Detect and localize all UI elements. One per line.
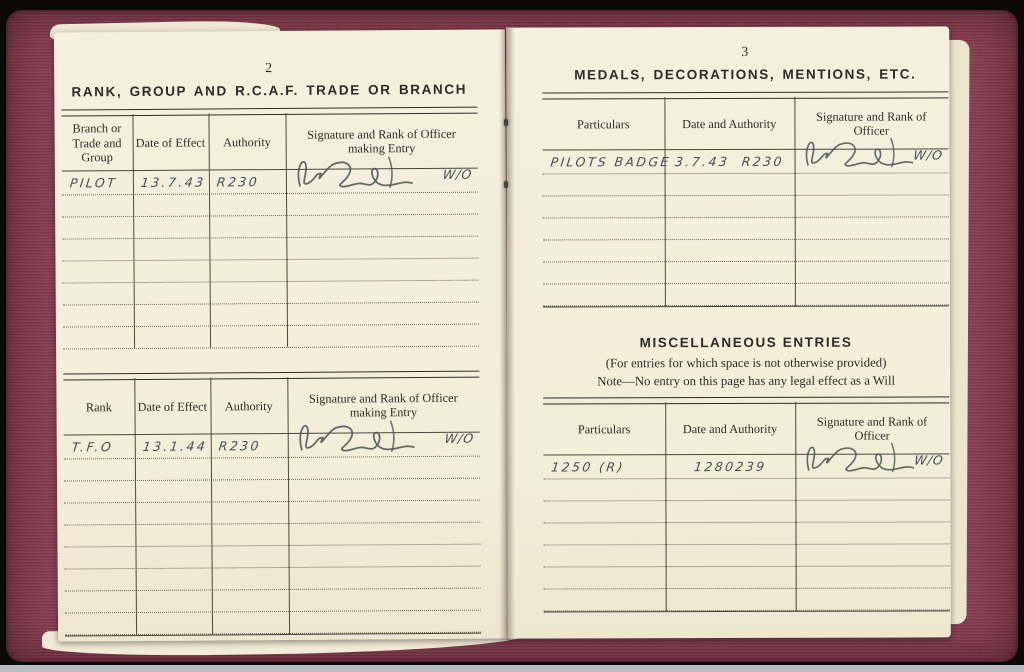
empty-entry-row bbox=[64, 479, 480, 504]
entry-date-authority: 3.7.43 R230 bbox=[663, 150, 796, 173]
empty-entry-row bbox=[62, 259, 478, 284]
entry-authority: R230 bbox=[738, 154, 786, 173]
empty-entry-row bbox=[543, 239, 949, 262]
scanner-edge bbox=[0, 665, 1024, 672]
entry-row: T.F.O 13.1.44 R230 W/O bbox=[64, 433, 480, 460]
entry-signature: W/O bbox=[794, 149, 948, 172]
empty-entry-row bbox=[64, 457, 480, 482]
entry-signature: W/O bbox=[286, 169, 478, 193]
empty-entry-row bbox=[544, 588, 950, 611]
empty-entry-row bbox=[543, 217, 949, 240]
rank-trade-table: Branch or Trade and Group Date of Effect… bbox=[61, 107, 479, 350]
entry-date: 13.7.43 bbox=[131, 170, 210, 194]
table-bottom-rule bbox=[543, 305, 949, 307]
col-header-date-authority: Date and Authority bbox=[665, 417, 795, 442]
empty-entry-row bbox=[62, 215, 478, 240]
empty-entry-row bbox=[543, 261, 949, 284]
officer-signature bbox=[290, 149, 440, 194]
misc-heading: MISCELLANEOUS ENTRIES bbox=[543, 334, 949, 350]
empty-entry-row bbox=[62, 193, 478, 218]
empty-entry-row bbox=[63, 325, 479, 350]
officer-rank: W/O bbox=[441, 167, 472, 182]
page-3: 3 MEDALS, DECORATIONS, MENTIONS, ETC. Pa… bbox=[506, 26, 951, 638]
empty-rows bbox=[64, 457, 481, 636]
entry-row: 1250 (R) 1280239 W/O bbox=[543, 454, 949, 479]
rank-table: Rank Date of Effect Authority Signature … bbox=[63, 371, 481, 637]
page-number: 3 bbox=[542, 44, 948, 61]
empty-entry-row bbox=[543, 522, 949, 545]
empty-entry-row bbox=[63, 303, 479, 328]
officer-rank: W/O bbox=[443, 431, 474, 446]
entry-signature: W/O bbox=[795, 454, 949, 477]
col-header-date-authority: Date and Authority bbox=[664, 112, 794, 137]
entry-authority: R230 bbox=[209, 434, 289, 458]
col-header-rank: Rank bbox=[63, 395, 134, 420]
empty-entry-row bbox=[64, 501, 480, 526]
empty-entry-row bbox=[544, 566, 950, 589]
col-header-particulars: Particulars bbox=[543, 417, 665, 442]
page-title: MEDALS, DECORATIONS, MENTIONS, ETC. bbox=[542, 66, 948, 82]
entry-signature: W/O bbox=[287, 433, 479, 457]
entry-date: 13.1.44 bbox=[133, 434, 212, 458]
col-header-particulars: Particulars bbox=[542, 112, 664, 137]
empty-entry-row bbox=[65, 589, 481, 614]
officer-rank: W/O bbox=[913, 452, 944, 467]
entry-branch: PILOT bbox=[61, 171, 134, 195]
entry-particulars: 1250 (R) bbox=[542, 455, 667, 478]
misc-table: Particulars Date and Authority Signature… bbox=[543, 396, 950, 612]
empty-rows bbox=[543, 173, 949, 306]
empty-entry-row bbox=[543, 173, 949, 196]
empty-entry-row bbox=[64, 523, 480, 548]
empty-entry-row bbox=[65, 611, 481, 636]
col-header-date: Date of Effect bbox=[132, 130, 208, 155]
misc-note: Note—No entry on this page has any legal… bbox=[543, 373, 949, 389]
empty-entry-row bbox=[543, 283, 949, 306]
entry-rank: T.F.O bbox=[62, 435, 135, 459]
col-header-branch: Branch or Trade and Group bbox=[61, 116, 132, 170]
entry-date: 3.7.43 bbox=[671, 154, 731, 173]
entry-row: PILOTS BADGE 3.7.43 R230 W/O bbox=[543, 149, 949, 174]
empty-entry-row bbox=[543, 478, 949, 501]
entry-particulars: PILOTS BADGE bbox=[541, 150, 666, 173]
col-header-authority: Authority bbox=[208, 130, 285, 155]
empty-entry-row bbox=[543, 195, 949, 218]
staple-icon bbox=[504, 181, 508, 188]
empty-rows bbox=[543, 478, 949, 611]
page-title: RANK, GROUP AND R.C.A.F. TRADE OR BRANCH bbox=[61, 82, 477, 100]
entry-row: PILOT 13.7.43 R230 W/O bbox=[62, 169, 478, 196]
empty-rows bbox=[62, 193, 479, 350]
misc-subheading: (For entries for which space is not othe… bbox=[543, 355, 949, 371]
col-header-date: Date of Effect bbox=[134, 394, 210, 419]
empty-entry-row bbox=[65, 567, 481, 592]
page-number: 2 bbox=[61, 60, 477, 79]
entry-authority: R230 bbox=[207, 170, 287, 194]
empty-entry-row bbox=[63, 281, 479, 306]
empty-entry-row bbox=[543, 500, 949, 523]
empty-entry-row bbox=[544, 544, 950, 567]
col-header-authority: Authority bbox=[210, 394, 287, 419]
medals-table: Particulars Date and Authority Signature… bbox=[542, 91, 949, 307]
page-2: 2 RANK, GROUP AND R.C.A.F. TRADE OR BRAN… bbox=[54, 29, 509, 641]
empty-entry-row bbox=[64, 545, 480, 570]
scanned-service-book: 2 RANK, GROUP AND R.C.A.F. TRADE OR BRAN… bbox=[0, 0, 1024, 672]
empty-entry-row bbox=[62, 237, 478, 262]
staple-icon bbox=[504, 119, 508, 126]
entry-date-authority: 1280239 bbox=[664, 455, 797, 478]
table-bottom-rule bbox=[544, 610, 950, 612]
officer-rank: W/O bbox=[912, 147, 943, 162]
officer-signature bbox=[291, 413, 441, 458]
